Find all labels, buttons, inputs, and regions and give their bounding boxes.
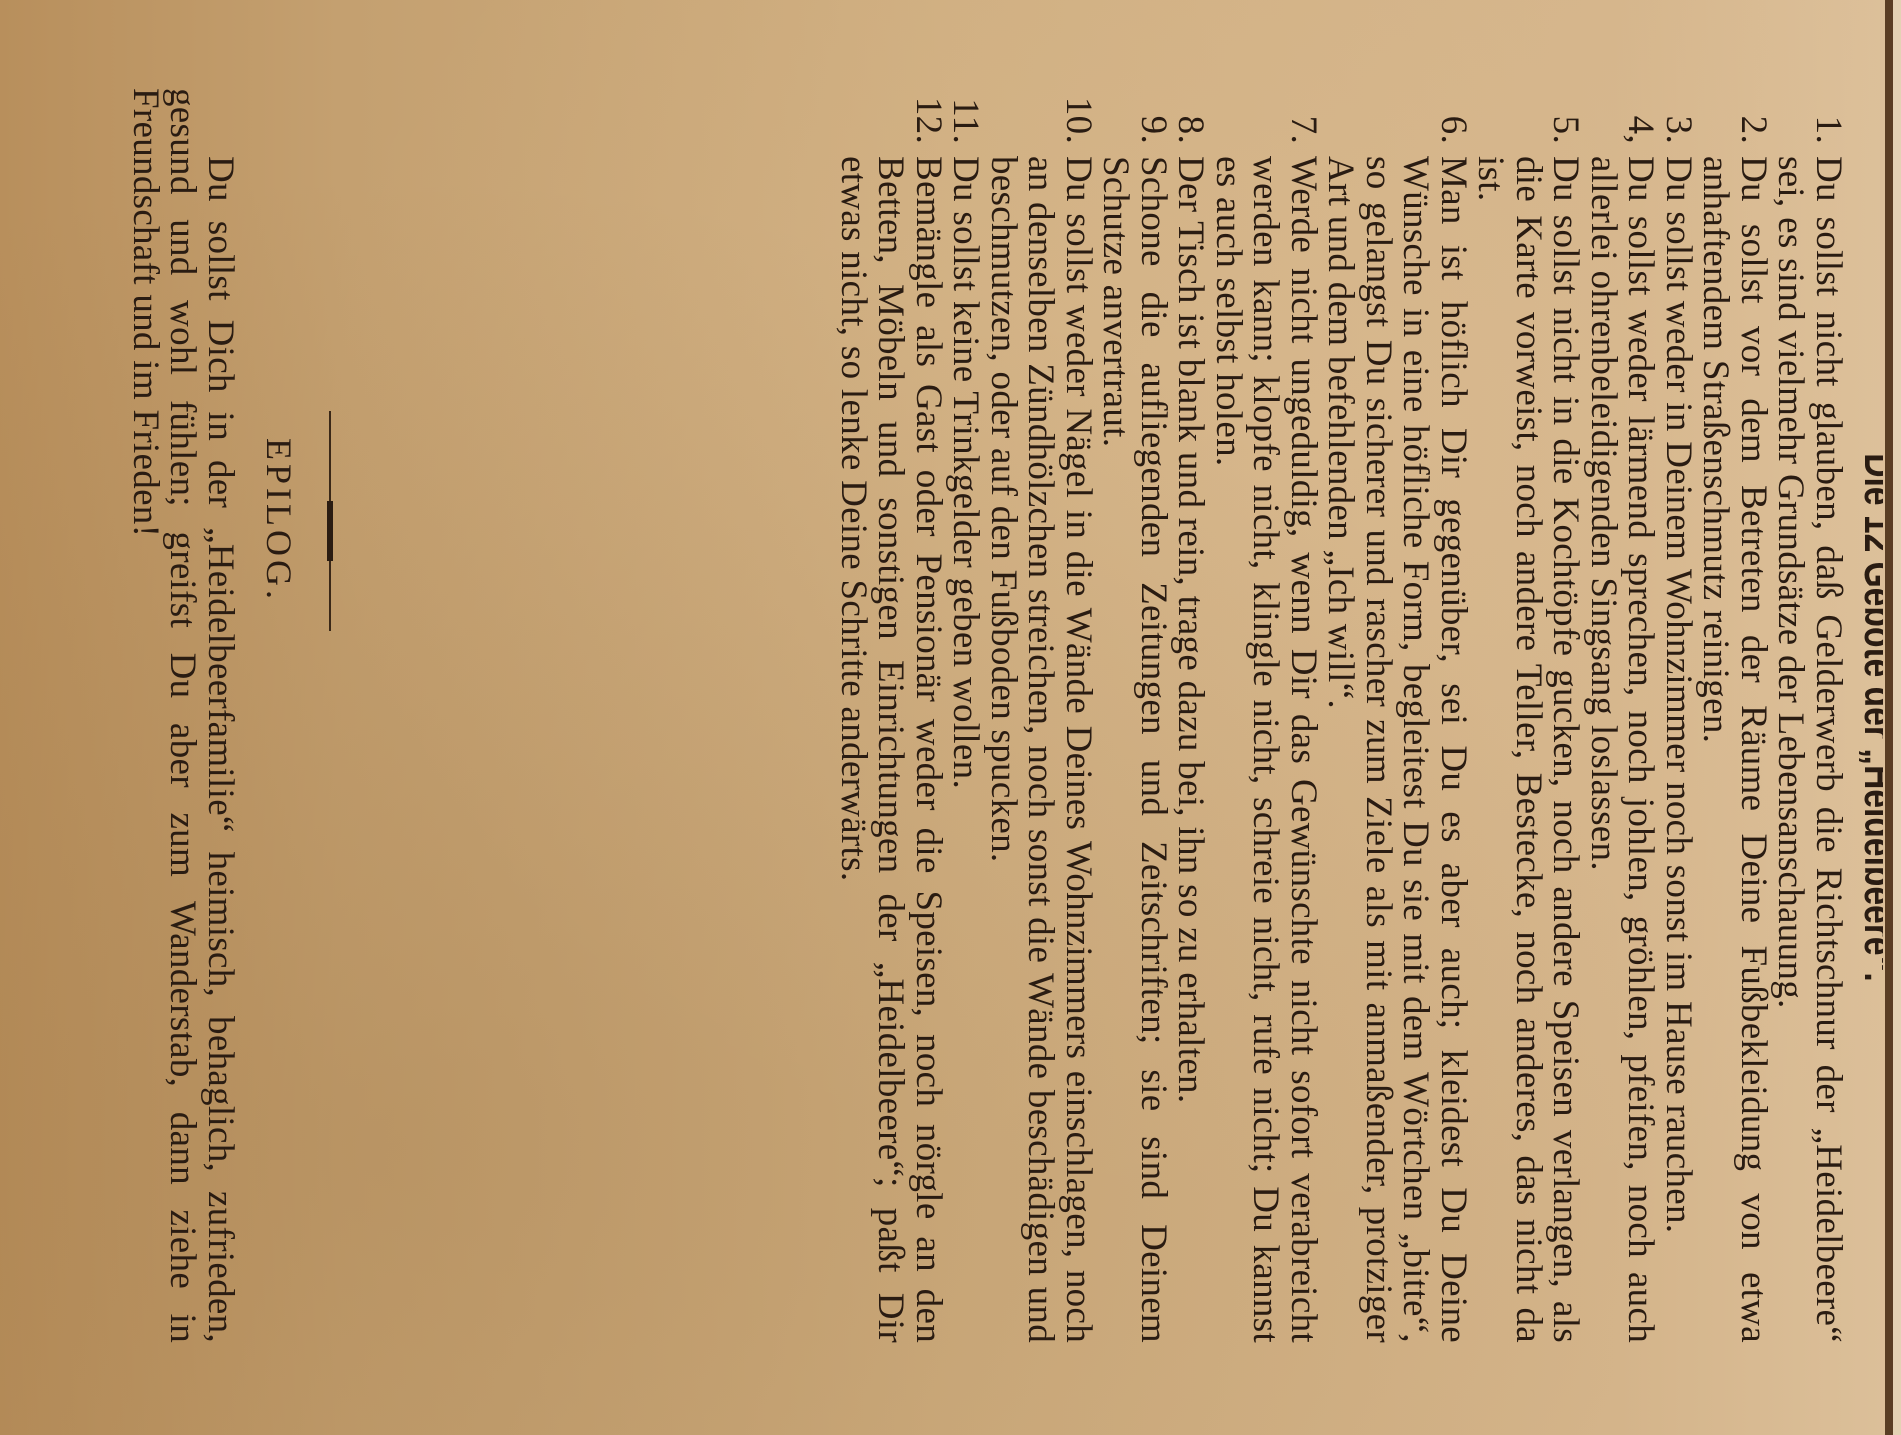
commandment-number: 11. — [947, 74, 985, 144]
commandment-text: Bemängle als Gast oder Pensionär weder d… — [833, 156, 949, 1343]
commandment-number: 9. — [1135, 88, 1173, 144]
commandment-item: 8.Der Tisch ist blank und rein, trage da… — [1172, 88, 1210, 1343]
commandment-item: 5.Du sollst nicht in die Kochtöpfe gucke… — [1472, 88, 1585, 1343]
commandment-number: 7. — [1285, 88, 1323, 144]
commandment-number: 8. — [1172, 88, 1210, 144]
commandment-item: 12.Bemängle als Gast oder Pensionär wede… — [835, 88, 948, 1343]
commandment-text: Schone die aufliegenden Zeitungen und Ze… — [1096, 156, 1175, 1343]
commandment-item: 10.Du sollst weder Nägel in die Wände De… — [985, 88, 1098, 1343]
commandment-item: 6.Man ist höflich Dir gegenüber, sei Du … — [1322, 88, 1472, 1343]
commandment-item: 11.Du sollst keine Trinkgelder geben wol… — [947, 88, 985, 1343]
epilog-heading: EPILOG. — [259, 0, 299, 1148]
separator-rule — [327, 411, 333, 631]
commandment-item: 7.Werde nicht ungeduldig, wenn Dir das G… — [1210, 88, 1323, 1343]
commandment-number: 6. — [1435, 88, 1473, 144]
document-photo: Die 12 Gebote der „Heidelbeere“. 1.Du so… — [0, 0, 1901, 1435]
commandment-text: Du sollst weder lärmend sprechen, noch j… — [1583, 156, 1662, 1343]
commandment-number: 2. — [1735, 88, 1773, 144]
commandment-number: 10. — [1060, 74, 1098, 144]
commandment-number: 12. — [910, 74, 948, 144]
commandment-text: Werde nicht ungeduldig, wenn Dir das Gew… — [1208, 156, 1324, 1343]
commandment-text: Du sollst nicht in die Kochtöpfe gucken,… — [1471, 156, 1587, 1343]
commandment-text: Du sollst vor dem Betreten der Räume Dei… — [1696, 156, 1775, 1343]
commandment-text: Du sollst keine Trinkgelder geben wollen… — [946, 156, 987, 789]
commandment-item: 2.Du sollst vor dem Betreten der Räume D… — [1697, 88, 1772, 1343]
commandment-item: 1.Du sollst nicht glauben, daß Gelderwer… — [1772, 88, 1847, 1343]
commandment-number: 1. — [1810, 88, 1848, 144]
commandment-text: Man ist höflich Dir gegenüber, sei Du es… — [1321, 156, 1475, 1343]
commandments-list: 1.Du sollst nicht glauben, daß Gelderwer… — [835, 88, 1848, 1343]
document-page: Die 12 Gebote der „Heidelbeere“. 1.Du so… — [0, 0, 1901, 1435]
commandment-item: 4,Du sollst weder lärmend sprechen, noch… — [1585, 88, 1660, 1343]
commandment-text: Du sollst nicht glauben, daß Gelderwerb … — [1771, 156, 1850, 1343]
commandment-number: 3. — [1660, 88, 1698, 144]
commandment-item: 3.Du sollst weder in Deinem Wohnzimmer n… — [1660, 88, 1698, 1343]
commandment-text: Der Tisch ist blank und rein, trage dazu… — [1171, 156, 1212, 1103]
commandment-text: Du sollst weder Nägel in die Wände Deine… — [983, 156, 1099, 1343]
commandment-number: 4, — [1622, 88, 1660, 144]
border-rule — [1885, 0, 1893, 1435]
commandment-text: Du sollst weder in Deinem Wohnzimmer noc… — [1658, 156, 1699, 1233]
epilog-text: Du sollst Dich in der „Heidelbeerfamilie… — [127, 88, 240, 1343]
commandment-item: 9.Schone die aufliegenden Zeitungen und … — [1097, 88, 1172, 1343]
paper-edge — [1893, 0, 1901, 1435]
commandment-number: 5. — [1547, 88, 1585, 144]
epilog-section: EPILOG. Du sollst Dich in der „Heidelbee… — [90, 88, 334, 1343]
